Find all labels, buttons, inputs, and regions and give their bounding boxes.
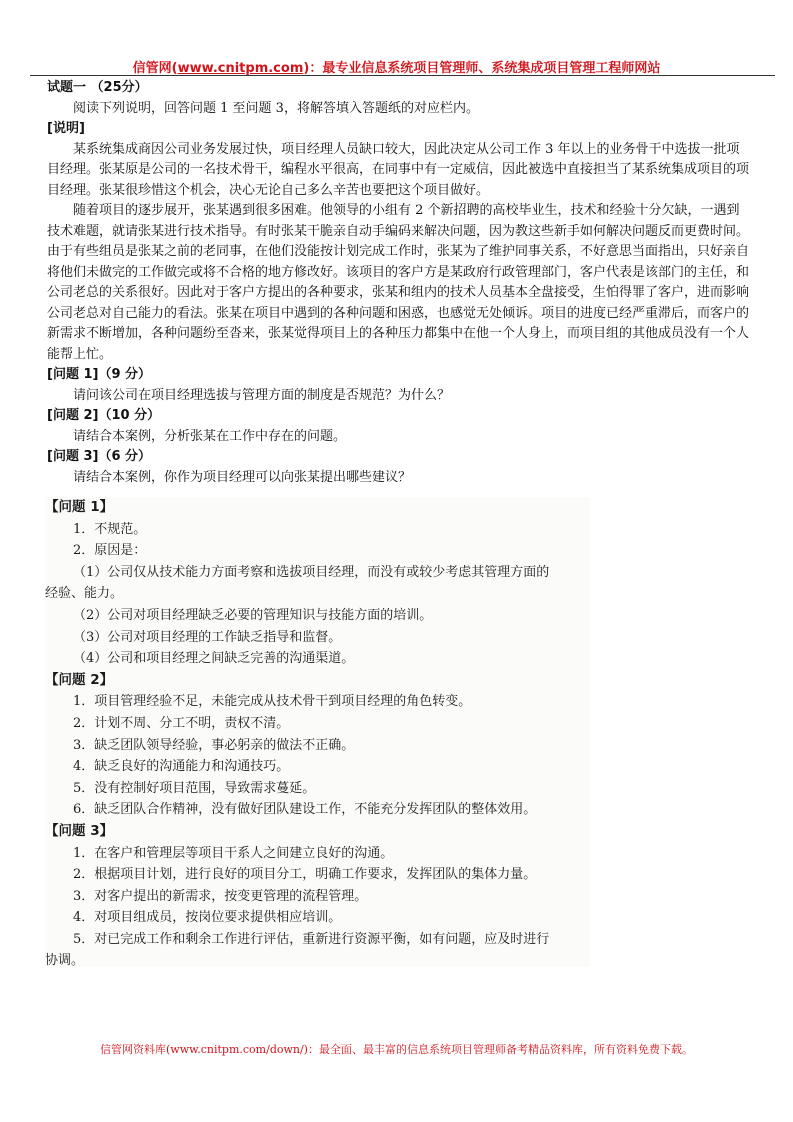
- answer-item: 1．在客户和管理层等项目干系人之间建立良好的沟通。: [45, 843, 590, 865]
- answer-heading-q3: 【问题 3】: [45, 821, 590, 843]
- header-divider: [30, 75, 775, 76]
- answer-heading-q1: 【问题 1】: [45, 497, 590, 519]
- description-paragraph: 某系统集成商因公司业务发展过快，项目经理人员缺口较大，因此决定从公司工作 3 年…: [47, 140, 752, 202]
- answer-item: 4．缺乏良好的沟通能力和沟通技巧。: [45, 756, 590, 778]
- answer-item: 2．根据项目计划，进行良好的项目分工，明确工作要求，发挥团队的集体力量。: [45, 864, 590, 886]
- question-text: 请结合本案例，你作为项目经理可以向张某提出哪些建议？: [47, 468, 752, 489]
- answer-heading-q2: 【问题 2】: [45, 670, 590, 692]
- site-link[interactable]: www.cnitpm.com: [178, 61, 304, 76]
- answer-item: 2．计划不周、分工不明，责权不清。: [45, 713, 590, 735]
- answer-item: 1．项目管理经验不足，未能完成从技术骨干到项目经理的角色转变。: [45, 691, 590, 713]
- description-paragraph: 随着项目的逐步展开，张某遇到很多困难。他领导的小组有 2 个新招聘的高校毕业生，…: [47, 201, 752, 365]
- description-heading: [说明]: [47, 119, 752, 140]
- question-heading: [问题 1]（9 分）: [47, 365, 752, 386]
- question-text: 请问该公司在项目经理选拔与管理方面的制度是否规范？为什么？: [47, 386, 752, 407]
- header-suffix: )：最专业信息系统项目管理师、系统集成项目管理工程师网站: [303, 61, 660, 76]
- answer-item-cont: 协调。: [45, 950, 590, 972]
- page-header: 信管网(www.cnitpm.com)：最专业信息系统项目管理师、系统集成项目管…: [0, 57, 793, 76]
- question-heading: [问题 2]（10 分）: [47, 406, 752, 427]
- question-text: 请结合本案例，分析张某在工作中存在的问题。: [47, 427, 752, 448]
- answer-item: 1．不规范。: [45, 519, 590, 541]
- answer-reason: （1）公司仅从技术能力方面考察和选拔项目经理，而没有或较少考虑其管理方面的: [45, 562, 590, 584]
- answer-item: 3．对客户提出的新需求，按变更管理的流程管理。: [45, 886, 590, 908]
- answer-image: 【问题 1】 1．不规范。 2．原因是： （1）公司仅从技术能力方面考察和选拔项…: [45, 497, 590, 967]
- answer-reason: （2）公司对项目经理缺乏必要的管理知识与技能方面的培训。: [45, 605, 590, 627]
- answer-item: 5．没有控制好项目范围，导致需求蔓延。: [45, 778, 590, 800]
- answer-item: 4．对项目组成员，按岗位要求提供相应培训。: [45, 907, 590, 929]
- answer-item: 2．原因是：: [45, 540, 590, 562]
- question-heading: [问题 3]（6 分）: [47, 447, 752, 468]
- answer-item: 5．对已完成工作和剩余工作进行评估，重新进行资源平衡，如有问题，应及时进行: [45, 929, 590, 951]
- answer-reason: （3）公司对项目经理的工作缺乏指导和监督。: [45, 627, 590, 649]
- answer-reason: （4）公司和项目经理之间缺乏完善的沟通渠道。: [45, 648, 590, 670]
- answer-item: 6．缺乏团队合作精神，没有做好团队建设工作，不能充分发挥团队的整体效用。: [45, 799, 590, 821]
- exam-title: 试题一 （25分）: [47, 78, 752, 99]
- exam-instruction: 阅读下列说明，回答问题 1 至问题 3，将解答填入答题纸的对应栏内。: [47, 99, 752, 120]
- answer-item: 3．缺乏团队领导经验，事必躬亲的做法不正确。: [45, 735, 590, 757]
- exam-content: 试题一 （25分） 阅读下列说明，回答问题 1 至问题 3，将解答填入答题纸的对…: [47, 78, 752, 488]
- page-footer: 信管网资料库(www.cnitpm.com/down/)：最全面、最丰富的信息系…: [0, 1041, 793, 1057]
- header-prefix: 信管网(: [133, 61, 178, 76]
- answer-reason-cont: 经验、能力。: [45, 583, 590, 605]
